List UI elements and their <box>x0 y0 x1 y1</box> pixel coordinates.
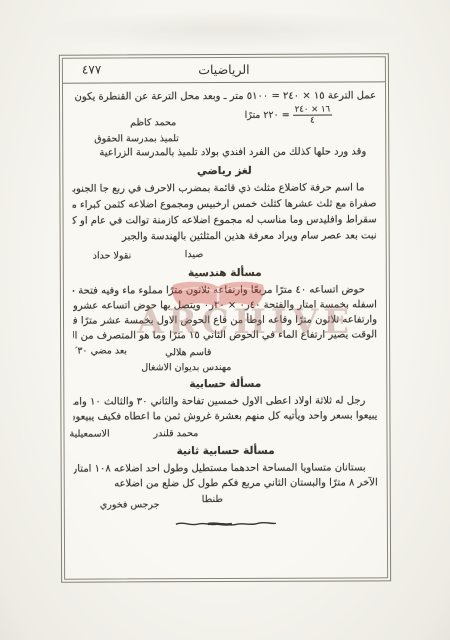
masthead: ٤٧٧ الرياضيات <box>63 57 385 83</box>
end-rule-squiggle-icon <box>174 518 278 528</box>
also-solved-note: وقد ورد حلها كذلك من الفرد افندي بولاد ت… <box>72 144 376 160</box>
author-name: جرجس فخوري <box>100 497 160 512</box>
place-name: طنطا <box>202 492 223 507</box>
arithmetic-2-signature-row: طنطا جرجس فخوري <box>74 490 378 511</box>
author-name: محمد قلندر <box>153 426 198 441</box>
archive-watermark-text: ARCHIVE <box>137 302 354 342</box>
end-rule-row <box>74 517 378 533</box>
arithmetic-line: رجل له ثلاثة اولاد اعطى الاول خمسين تفاح… <box>73 393 377 409</box>
section-heading-arithmetic: مسألة حسابية <box>73 376 377 392</box>
scanned-page: ٤٧٧ الرياضيات عمل الترعة ١٥ × ٢٤٠ = ٥١٠٠… <box>0 0 450 640</box>
fraction-numerator: ١٦ × ٢٤٠ <box>293 105 332 116</box>
puzzle-line: صفراة مع ثلث عشرها كثلث خمس ارخبيس ومجمو… <box>72 196 376 213</box>
section-heading-arithmetic-2: مسألة حسابية ثانية <box>74 443 378 459</box>
puzzle-signature-row: صيدا نقولا حداد <box>73 244 377 262</box>
puzzle-line: سقراط وافليدس وما مناسب له مجموع اضلاعه … <box>73 212 377 229</box>
puzzle-paragraph: ما اسم حرفة كاضلاع مثلث ذي قائمة بمضرب ا… <box>72 180 376 245</box>
arithmetic-2-line: بستانان متساويا المساحة احدهما مستطيل وط… <box>74 460 378 476</box>
signature-name: محمد كاظم <box>130 115 176 130</box>
journal-title: الرياضيات <box>63 61 385 77</box>
fraction-denominator: ٤ <box>310 116 315 126</box>
signature-title-row: تلميذ بمدرسة الحقوق <box>72 130 376 145</box>
place-name: الاسمعيلية <box>69 427 109 442</box>
solution-line: عمل الترعة ١٥ × ٢٤٠ = ٥١٠٠ متر ـ وبعد مح… <box>72 88 376 104</box>
author-title: مهندس بديوان الاشغال <box>141 360 231 375</box>
equation-result: = ٢٢٠ مترًا <box>245 110 290 121</box>
arithmetic-line: يبيعوا بسعر واحد ويأتيه كل منهم بعشرة غر… <box>73 408 377 424</box>
geometry-tail-row: بعد مضي ٣٠′ قاسم هلالي <box>73 342 377 358</box>
geometry-author-title-row: مهندس بديوان الاشغال <box>73 357 377 373</box>
arithmetic-2-line: الآخر ٨ مترًا والبستان الثاني مربع فكم ط… <box>74 475 378 491</box>
puzzle-line: نبت بعد عصر سام ويراد معرفة هذين المثلثي… <box>73 228 377 245</box>
arithmetic-paragraph: رجل له ثلاثة اولاد اعطى الاول خمسين تفاح… <box>73 393 377 424</box>
equation-row: ١٦ × ٢٤٠ ٤ = ٢٢٠ مترًا محمد كاظم <box>72 103 376 131</box>
place-name: صيدا <box>185 247 204 262</box>
author-name: نقولا حداد <box>93 248 132 263</box>
equation: ١٦ × ٢٤٠ ٤ = ٢٢٠ مترًا <box>245 105 333 126</box>
geometry-tail: بعد مضي ٣٠′ <box>75 343 127 358</box>
puzzle-line: ما اسم حرفة كاضلاع مثلث ذي قائمة بمضرب ا… <box>72 180 376 197</box>
arithmetic-2-paragraph: بستانان متساويا المساحة احدهما مستطيل وط… <box>74 460 378 491</box>
arithmetic-signature-row: الاسمعيلية محمد قلندر <box>73 423 377 440</box>
fraction: ١٦ × ٢٤٠ ٤ <box>293 105 332 126</box>
section-heading-puzzle: لغز رياضي <box>72 163 376 179</box>
scan-smudge <box>40 10 410 50</box>
signature-title: تلميذ بمدرسة الحقوق <box>94 131 179 146</box>
